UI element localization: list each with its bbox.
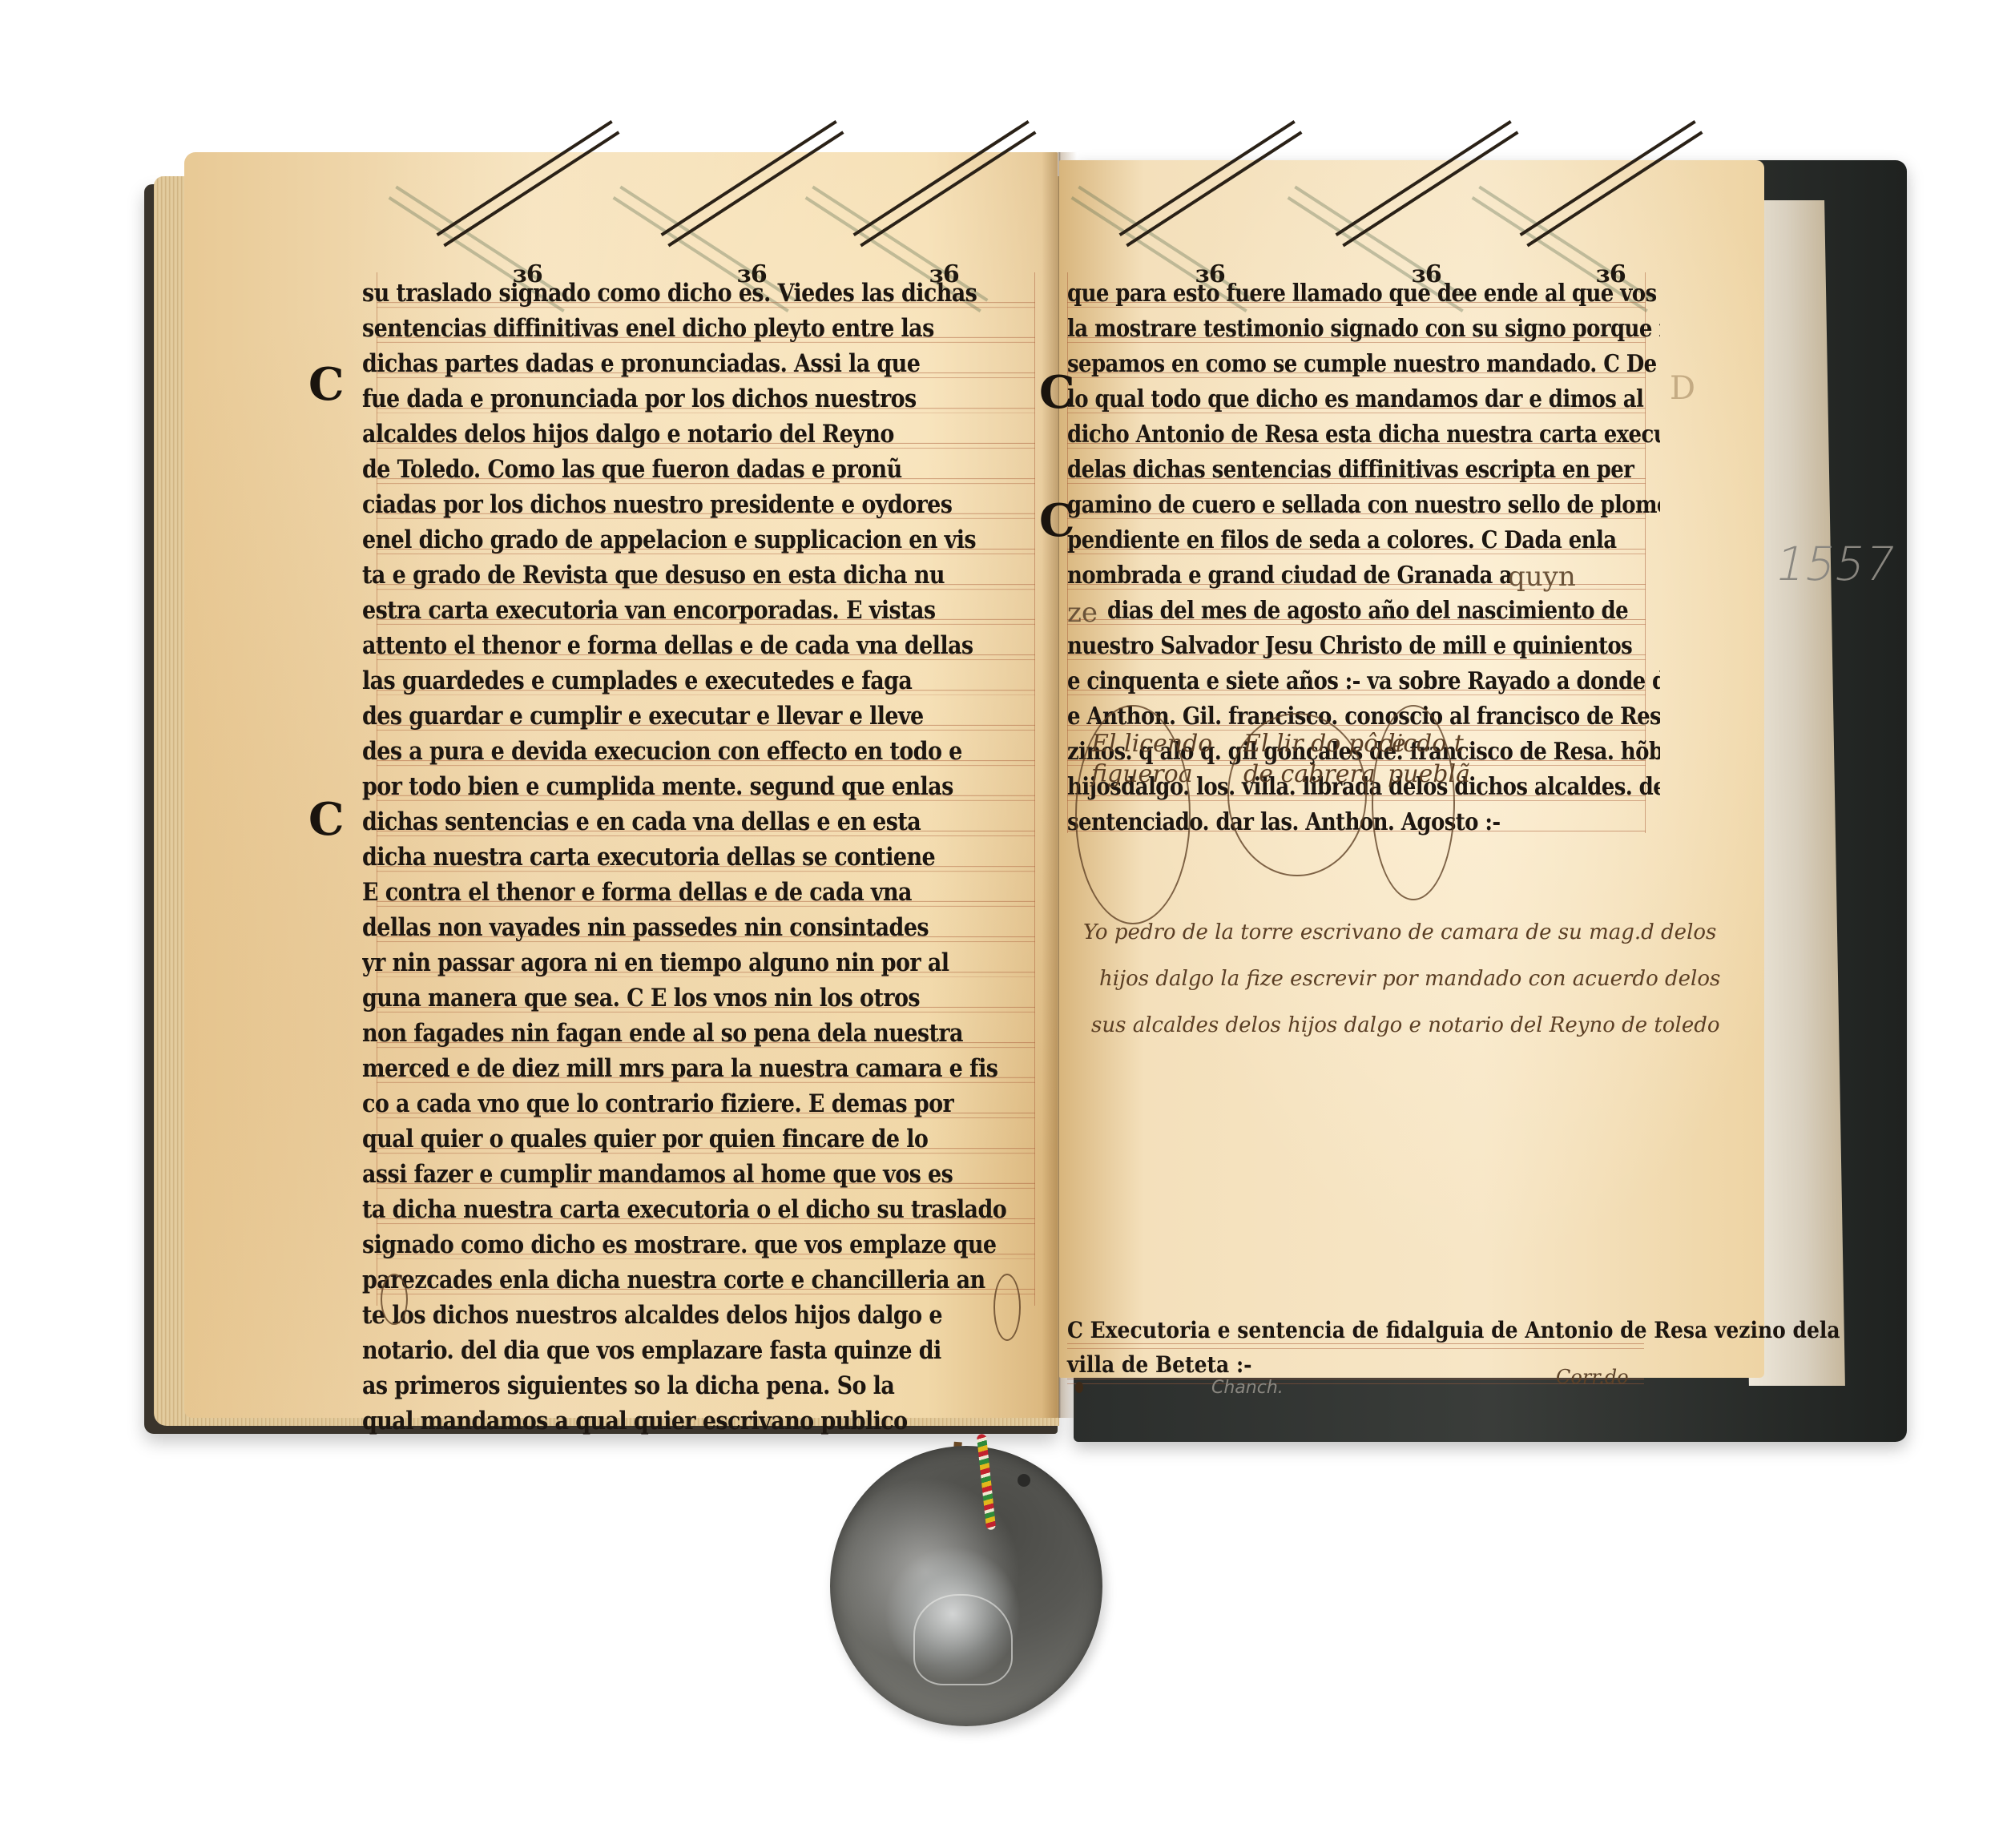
pencil-date: 1557 (1771, 537, 1900, 591)
margin-letter: D (1670, 370, 1695, 407)
open-manuscript: ɜ6 ɜ6 ɜ6 C C su traslado signado como di… (144, 152, 1907, 1450)
left-page-text: su traslado signado como dicho es. Viede… (362, 276, 1043, 1439)
text-line: qual mandamos a qual quier escrivano pub… (362, 1402, 1043, 1443)
paragraph-mark: C (308, 362, 345, 407)
left-page: ɜ6 ɜ6 ɜ6 C C su traslado signado como di… (184, 152, 1058, 1418)
paragraph-mark: C (308, 797, 345, 842)
seal-cord-hole (1018, 1474, 1030, 1487)
scribe-attestation: Yo pedro de la torre escrivano de camara… (1083, 909, 1720, 1049)
signature-figueroa: El licendo figueroa (1091, 729, 1212, 790)
signature-puebla: licdo t pueblã (1388, 729, 1470, 790)
flourish-left (381, 1274, 408, 1325)
right-page: ɜ6 ɜ6 ɜ6 C C D que para esto fuere llama… (1059, 160, 1764, 1378)
inserted-day: quyn (1508, 561, 1576, 593)
docket-note: C Executoria e sentencia de fidalguia de… (1067, 1314, 1840, 1382)
pencil-note: Chanch. (1211, 1378, 1284, 1398)
punch-hole (1075, 1382, 1083, 1393)
flourish-right (993, 1274, 1021, 1341)
inserted-day-continuation: ze (1067, 597, 1098, 629)
correction-mark: Corr.do (1556, 1366, 1629, 1388)
seal-enthroned-figure (913, 1594, 1013, 1685)
